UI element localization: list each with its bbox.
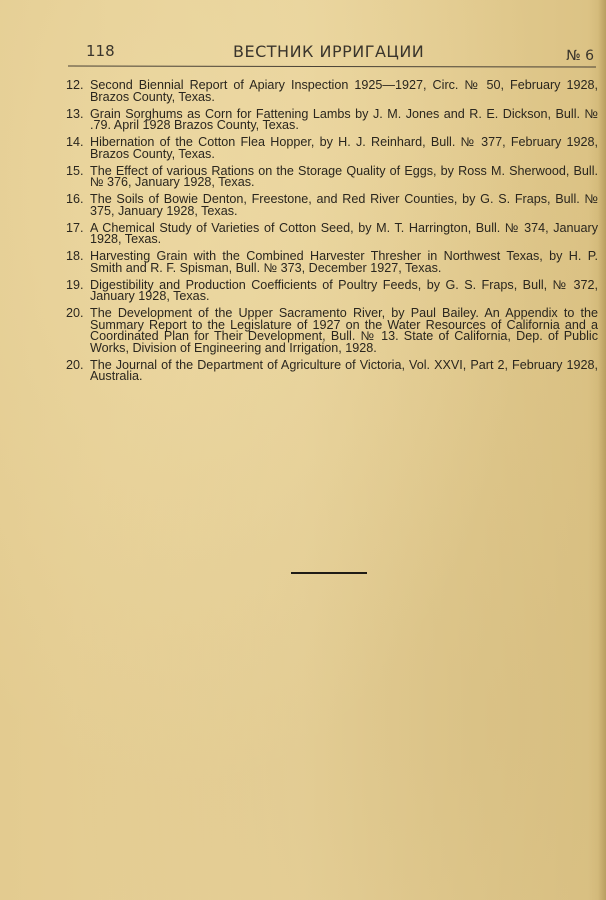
bibliography-entry: 14. Hibernation of the Cotton Flea Hoppe…: [66, 137, 598, 160]
entry-text: The Journal of the Department of Agricul…: [90, 360, 598, 383]
entry-text: Hibernation of the Cotton Flea Hopper, b…: [90, 137, 598, 160]
entry-text: The Development of the Upper Sacramento …: [90, 308, 598, 354]
entry-text: Digestibility and Production Coefficient…: [90, 280, 598, 303]
entry-text: A Chemical Study of Varieties of Cotton …: [90, 223, 598, 246]
entry-number: 20.: [66, 360, 84, 372]
entry-text: The Soils of Bowie Denton, Freestone, an…: [90, 194, 598, 217]
entry-number: 14.: [66, 137, 84, 149]
header-rule: [68, 65, 596, 67]
entry-text: Grain Sorghums as Corn for Fattening Lam…: [90, 109, 598, 132]
entry-number: 16.: [66, 194, 84, 206]
bibliography-entry: 20. The Development of the Upper Sacrame…: [66, 308, 598, 354]
bibliography-entry: 16. The Soils of Bowie Denton, Freestone…: [66, 194, 598, 217]
bibliography-entry: 18. Harvesting Grain with the Combined H…: [66, 251, 598, 274]
entry-text: Second Biennial Report of Apiary Inspect…: [90, 80, 598, 103]
entry-number: 17.: [66, 223, 84, 235]
paper-page: 118 ВЕСТНИК ИРРИГАЦИИ № 6 12. Second Bie…: [0, 0, 606, 900]
entry-number: 15.: [66, 166, 84, 178]
journal-title: ВЕСТНИК ИРРИГАЦИИ: [233, 42, 424, 61]
entry-text: The Effect of various Rations on the Sto…: [90, 166, 598, 189]
bibliography-entry: 20. The Journal of the Department of Agr…: [66, 360, 598, 383]
bibliography-entry: 12. Second Biennial Report of Apiary Ins…: [66, 80, 598, 103]
bibliography-entry: 17. A Chemical Study of Varieties of Cot…: [66, 223, 598, 246]
entry-text: Harvesting Grain with the Combined Harve…: [90, 251, 598, 274]
entry-number: 18.: [66, 251, 84, 263]
entry-number: 13.: [66, 109, 84, 121]
bibliography-list: 12. Second Biennial Report of Apiary Ins…: [66, 80, 598, 388]
page-edge-shadow: [598, 0, 606, 900]
bibliography-entry: 19. Digestibility and Production Coeffic…: [66, 280, 598, 303]
issue-number: № 6: [566, 48, 594, 64]
page-number: 118: [86, 42, 115, 60]
bibliography-entry: 13. Grain Sorghums as Corn for Fattening…: [66, 109, 598, 132]
bibliography-entry: 15. The Effect of various Rations on the…: [66, 166, 598, 189]
section-end-divider: [291, 572, 367, 574]
running-header: 118 ВЕСТНИК ИРРИГАЦИИ № 6: [68, 38, 596, 66]
entry-number: 12.: [66, 80, 84, 92]
entry-number: 20.: [66, 308, 84, 320]
entry-number: 19.: [66, 280, 84, 292]
